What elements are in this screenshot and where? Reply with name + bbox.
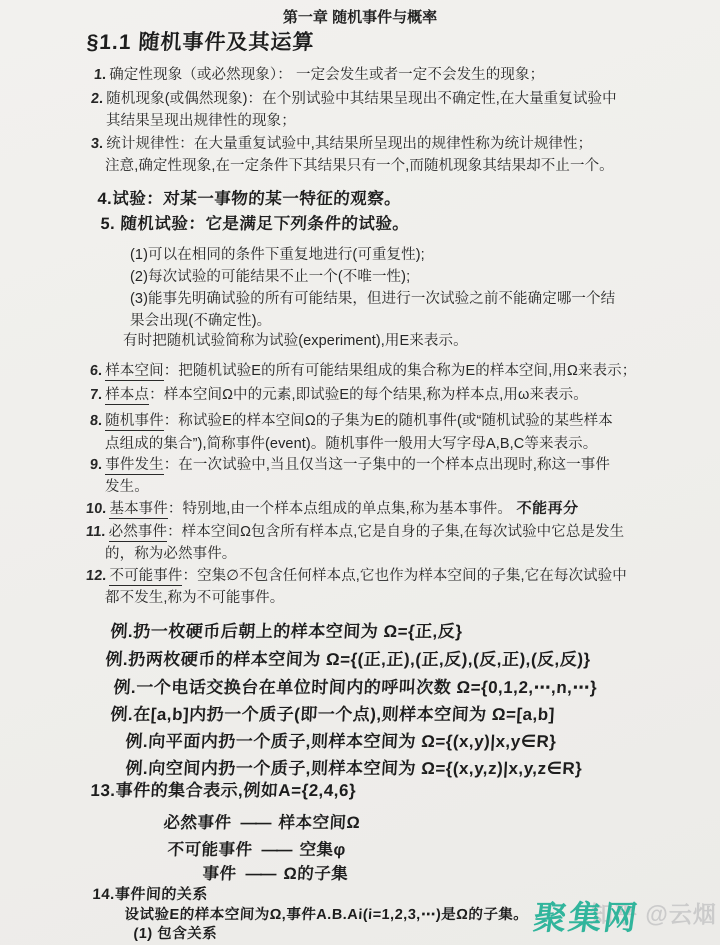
- def-6: 6.样本空间：把随机试验E的所有可能结果组成的集合称为E的样本空间,用Ω来表示；: [90, 362, 636, 380]
- def-9-line2: 发生。: [105, 478, 149, 496]
- def-12-line2: 都不发生,称为不可能事件。: [105, 589, 284, 607]
- def-6-term: 样本空间: [105, 363, 163, 381]
- mapping-certain-event: 必然事件——样本空间Ω: [163, 813, 361, 834]
- mapping-2-right: 空集φ: [299, 841, 346, 859]
- experiment-note: 有时把随机试验简称为试验(experiment),用E来表示。: [123, 332, 468, 350]
- mapping-2-dash: ——: [261, 840, 291, 861]
- def-2-text1: 随机现象(或偶然现象)：在个别试验中其结果呈现出不确定性,在大量重复试验中: [106, 91, 616, 107]
- def-6-text: ：把随机试验E的所有可能结果组成的集合称为E的样本空间,用Ω来表示；: [164, 363, 637, 379]
- def-14: 14.事件间的关系: [92, 886, 208, 905]
- def-13: 13.事件的集合表示,例如A={2,4,6}: [90, 780, 357, 801]
- mapping-3-left: 事件: [202, 865, 237, 883]
- def-10-num: 10.: [85, 500, 107, 518]
- mapping-1-dash: ——: [240, 813, 270, 834]
- condition-1: (1)可以在相同的条件下重复地进行(可重复性);: [130, 246, 425, 264]
- def-2-line1: 2.随机现象(或偶然现象)：在个别试验中其结果呈现出不确定性,在大量重复试验中: [91, 90, 617, 108]
- def-2-line2: 其结果呈现出规律性的现象；: [106, 112, 296, 130]
- def-10-annotation: 不能再分: [516, 500, 579, 519]
- def-7-num: 7.: [89, 386, 103, 404]
- section-heading: §1.1 随机事件及其运算: [86, 30, 315, 56]
- def-8-line1: 8.随机事件：称试验E的样本空间Ω的子集为E的随机事件(或“随机试验的某些样本: [90, 412, 613, 430]
- def-3-text1: 统计规律性：在大量重复试验中,其结果所呈现出的规律性称为统计规律性；: [106, 136, 592, 152]
- def-10-text: ：特别地,由一个样本点组成的单点集,称为基本事件。: [168, 501, 512, 517]
- def-10: 10.基本事件：特别地,由一个样本点组成的单点集,称为基本事件。不能再分: [86, 500, 578, 519]
- def-11-term: 必然事件: [109, 524, 167, 542]
- def-9-line1: 9.事件发生：在一次试验中,当且仅当这一子集中的一个样本点出现时,称这一事件: [90, 456, 610, 474]
- def-12-text1: ：空集∅不包含任何样本点,它也作为样本空间的子集,它在每次试验中: [182, 568, 626, 584]
- def-1: 1.确定性现象（或必然现象）： 一定会发生或者一定不会发生的现象；: [94, 66, 544, 84]
- watermark-brand-logo: 聚集网: [531, 892, 643, 939]
- watermark-handle: @云烟: [645, 901, 716, 927]
- condition-2: (2)每次试验的可能结果不止一个(不唯一性);: [130, 268, 410, 286]
- example-6: 例.向空间内扔一个质子,则样本空间为 Ω={(x,y,z)|x,y,z∈R}: [125, 758, 583, 779]
- def-10-term: 基本事件: [109, 501, 167, 519]
- def-8-num: 8.: [89, 412, 103, 430]
- def-12-line1: 12.不可能事件：空集∅不包含任何样本点,它也作为样本空间的子集,它在每次试验中: [86, 567, 627, 585]
- def-8-term: 随机事件: [105, 413, 163, 431]
- def-3-line2: 注意,确定性现象,在一定条件下其结果只有一个,而随机现象其结果却不止一个。: [105, 157, 614, 175]
- example-1: 例.扔一枚硬币后朝上的样本空间为 Ω={正,反}: [110, 621, 463, 642]
- def-1-num: 1.: [93, 66, 107, 84]
- def-7-text: ：样本空间Ω中的元素,即试验E的每个结果,称为样本点,用ω来表示。: [149, 387, 588, 403]
- mapping-1-left: 必然事件: [163, 814, 232, 832]
- example-4: 例.在[a,b]内扔一个质子(即一个点),则样本空间为 Ω=[a,b]: [110, 704, 555, 725]
- def-3-num: 3.: [90, 135, 104, 153]
- example-5: 例.向平面内扔一个质子,则样本空间为 Ω={(x,y)|x,y∈R}: [125, 731, 557, 752]
- def-2-num: 2.: [90, 90, 104, 108]
- mapping-event: 事件——Ω的子集: [202, 864, 349, 885]
- def-4: 4.试验：对某一事物的某一特征的观察。: [97, 189, 402, 210]
- chapter-title: 第一章 随机事件与概率: [0, 6, 720, 27]
- def-3-line1: 3.统计规律性：在大量重复试验中,其结果所呈现出的规律性称为统计规律性；: [91, 135, 592, 153]
- def-8-line2: 点组成的集合”),简称事件(event)。随机事件一般用大写字母A,B,C等来表…: [105, 435, 597, 453]
- mapping-3-dash: ——: [245, 864, 275, 885]
- def-9-num: 9.: [89, 456, 103, 474]
- def-11-text1: ：样本空间Ω包含所有样本点,它是自身的子集,在每次试验中它总是发生: [167, 524, 624, 540]
- condition-3-line2: 果会出现(不确定性)。: [130, 312, 271, 330]
- def-5: 5. 随机试验：它是满足下列条件的试验。: [100, 214, 410, 235]
- example-3: 例.一个电话交换台在单位时间内的呼叫次数 Ω={0,1,2,⋯,n,⋯}: [113, 677, 598, 698]
- def-9-text1: ：在一次试验中,当且仅当这一子集中的一个样本点出现时,称这一事件: [164, 457, 610, 473]
- def-14-sub2: (1) 包含关系: [133, 925, 218, 943]
- def-7: 7.样本点：样本空间Ω中的元素,即试验E的每个结果,称为样本点,用ω来表示。: [90, 386, 588, 404]
- def-14-sub1: 设试验E的样本空间为Ω,事件A.B.Ai(i=1,2,3,⋯)是Ω的子集。: [124, 906, 529, 924]
- example-2: 例.扔两枚硬币的样本空间为 Ω={(正,正),(正,反),(反,正),(反,反)…: [105, 649, 591, 670]
- def-1-text: 确定性现象（或必然现象）： 一定会发生或者一定不会发生的现象；: [109, 67, 544, 83]
- mapping-1-right: 样本空间Ω: [278, 814, 361, 832]
- notes-page: 第一章 随机事件与概率 §1.1 随机事件及其运算 1.确定性现象（或必然现象）…: [0, 0, 720, 945]
- def-9-term: 事件发生: [105, 457, 163, 475]
- condition-3-line1: (3)能事先明确试验的所有可能结果，但进行一次试验之前不能确定哪一个结: [130, 290, 615, 308]
- mapping-2-left: 不可能事件: [167, 841, 253, 859]
- def-11-line2: 的，称为必然事件。: [105, 545, 236, 563]
- def-8-text1: ：称试验E的样本空间Ω的子集为E的随机事件(或“随机试验的某些样本: [164, 413, 613, 429]
- def-7-term: 样本点: [105, 387, 149, 405]
- def-6-num: 6.: [89, 362, 103, 380]
- def-12-num: 12.: [85, 567, 107, 585]
- def-12-term: 不可能事件: [109, 568, 182, 586]
- def-11-num: 11.: [85, 523, 106, 541]
- def-11-line1: 11.必然事件：样本空间Ω包含所有样本点,它是自身的子集,在每次试验中它总是发生: [86, 523, 624, 541]
- mapping-3-right: Ω的子集: [283, 865, 349, 883]
- mapping-impossible-event: 不可能事件——空集φ: [167, 840, 346, 861]
